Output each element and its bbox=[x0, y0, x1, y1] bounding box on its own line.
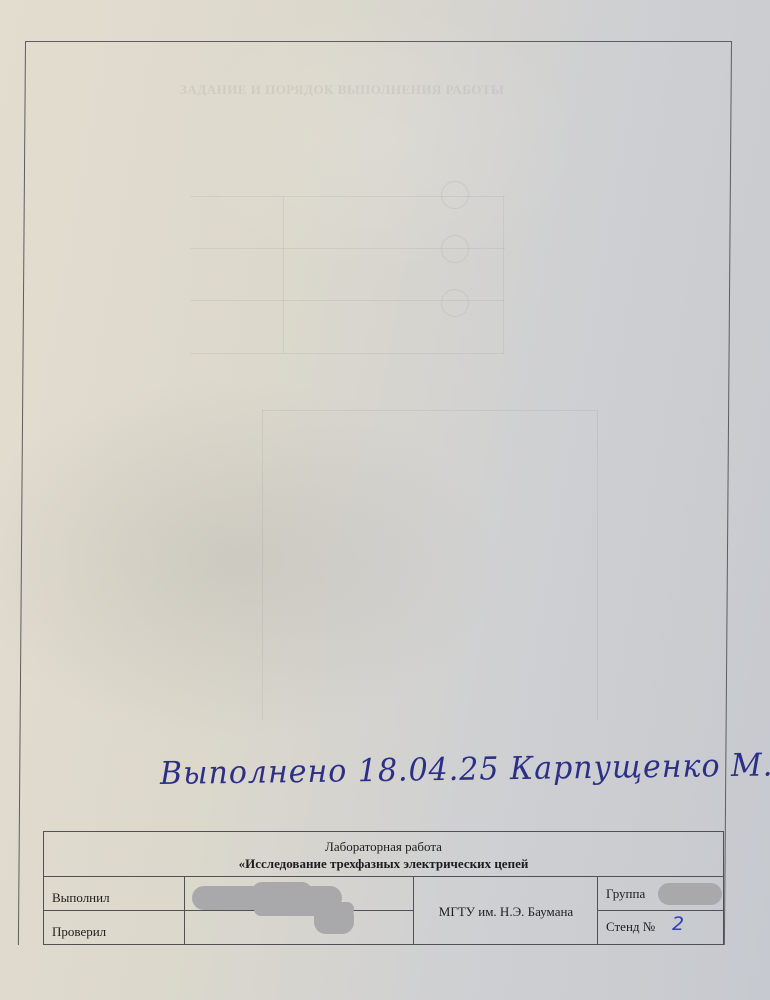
row-divider bbox=[597, 910, 723, 911]
stand-label: Стенд № bbox=[606, 919, 655, 935]
bleed-through-line bbox=[283, 196, 284, 353]
university-name: МГТУ им. Н.Э. Баумана bbox=[414, 904, 598, 920]
bleed-through-line bbox=[190, 353, 505, 354]
row-divider bbox=[44, 910, 413, 911]
lab-label: Лабораторная работа bbox=[44, 839, 723, 855]
stamp-title-row: Лабораторная работа «Исследование трехфа… bbox=[44, 832, 723, 877]
bleed-through-line bbox=[503, 196, 504, 353]
bleed-through-circle bbox=[441, 235, 469, 263]
performed-by-label: Выполнил bbox=[52, 890, 110, 906]
redacted-group-number bbox=[658, 883, 722, 905]
redacted-performer-name bbox=[314, 904, 354, 934]
page-frame bbox=[18, 41, 732, 945]
stand-number-handwritten: 2 bbox=[672, 913, 684, 935]
redacted-performer-name bbox=[252, 882, 312, 902]
bleed-through-circle bbox=[441, 289, 469, 317]
title-block-stamp: Лабораторная работа «Исследование трехфа… bbox=[43, 831, 724, 945]
checked-by-label: Проверил bbox=[52, 924, 106, 940]
bleed-through-line bbox=[262, 410, 263, 720]
bleed-through-heading: ЗАДАНИЕ И ПОРЯДОК ВЫПОЛНЕНИЯ РАБОТЫ bbox=[180, 82, 504, 98]
lab-topic: «Исследование трехфазных электрических ц… bbox=[44, 856, 723, 872]
group-label: Группа bbox=[606, 886, 645, 902]
bleed-through-line bbox=[597, 410, 598, 720]
bleed-through-line bbox=[262, 410, 597, 411]
bleed-through-circle bbox=[441, 181, 469, 209]
